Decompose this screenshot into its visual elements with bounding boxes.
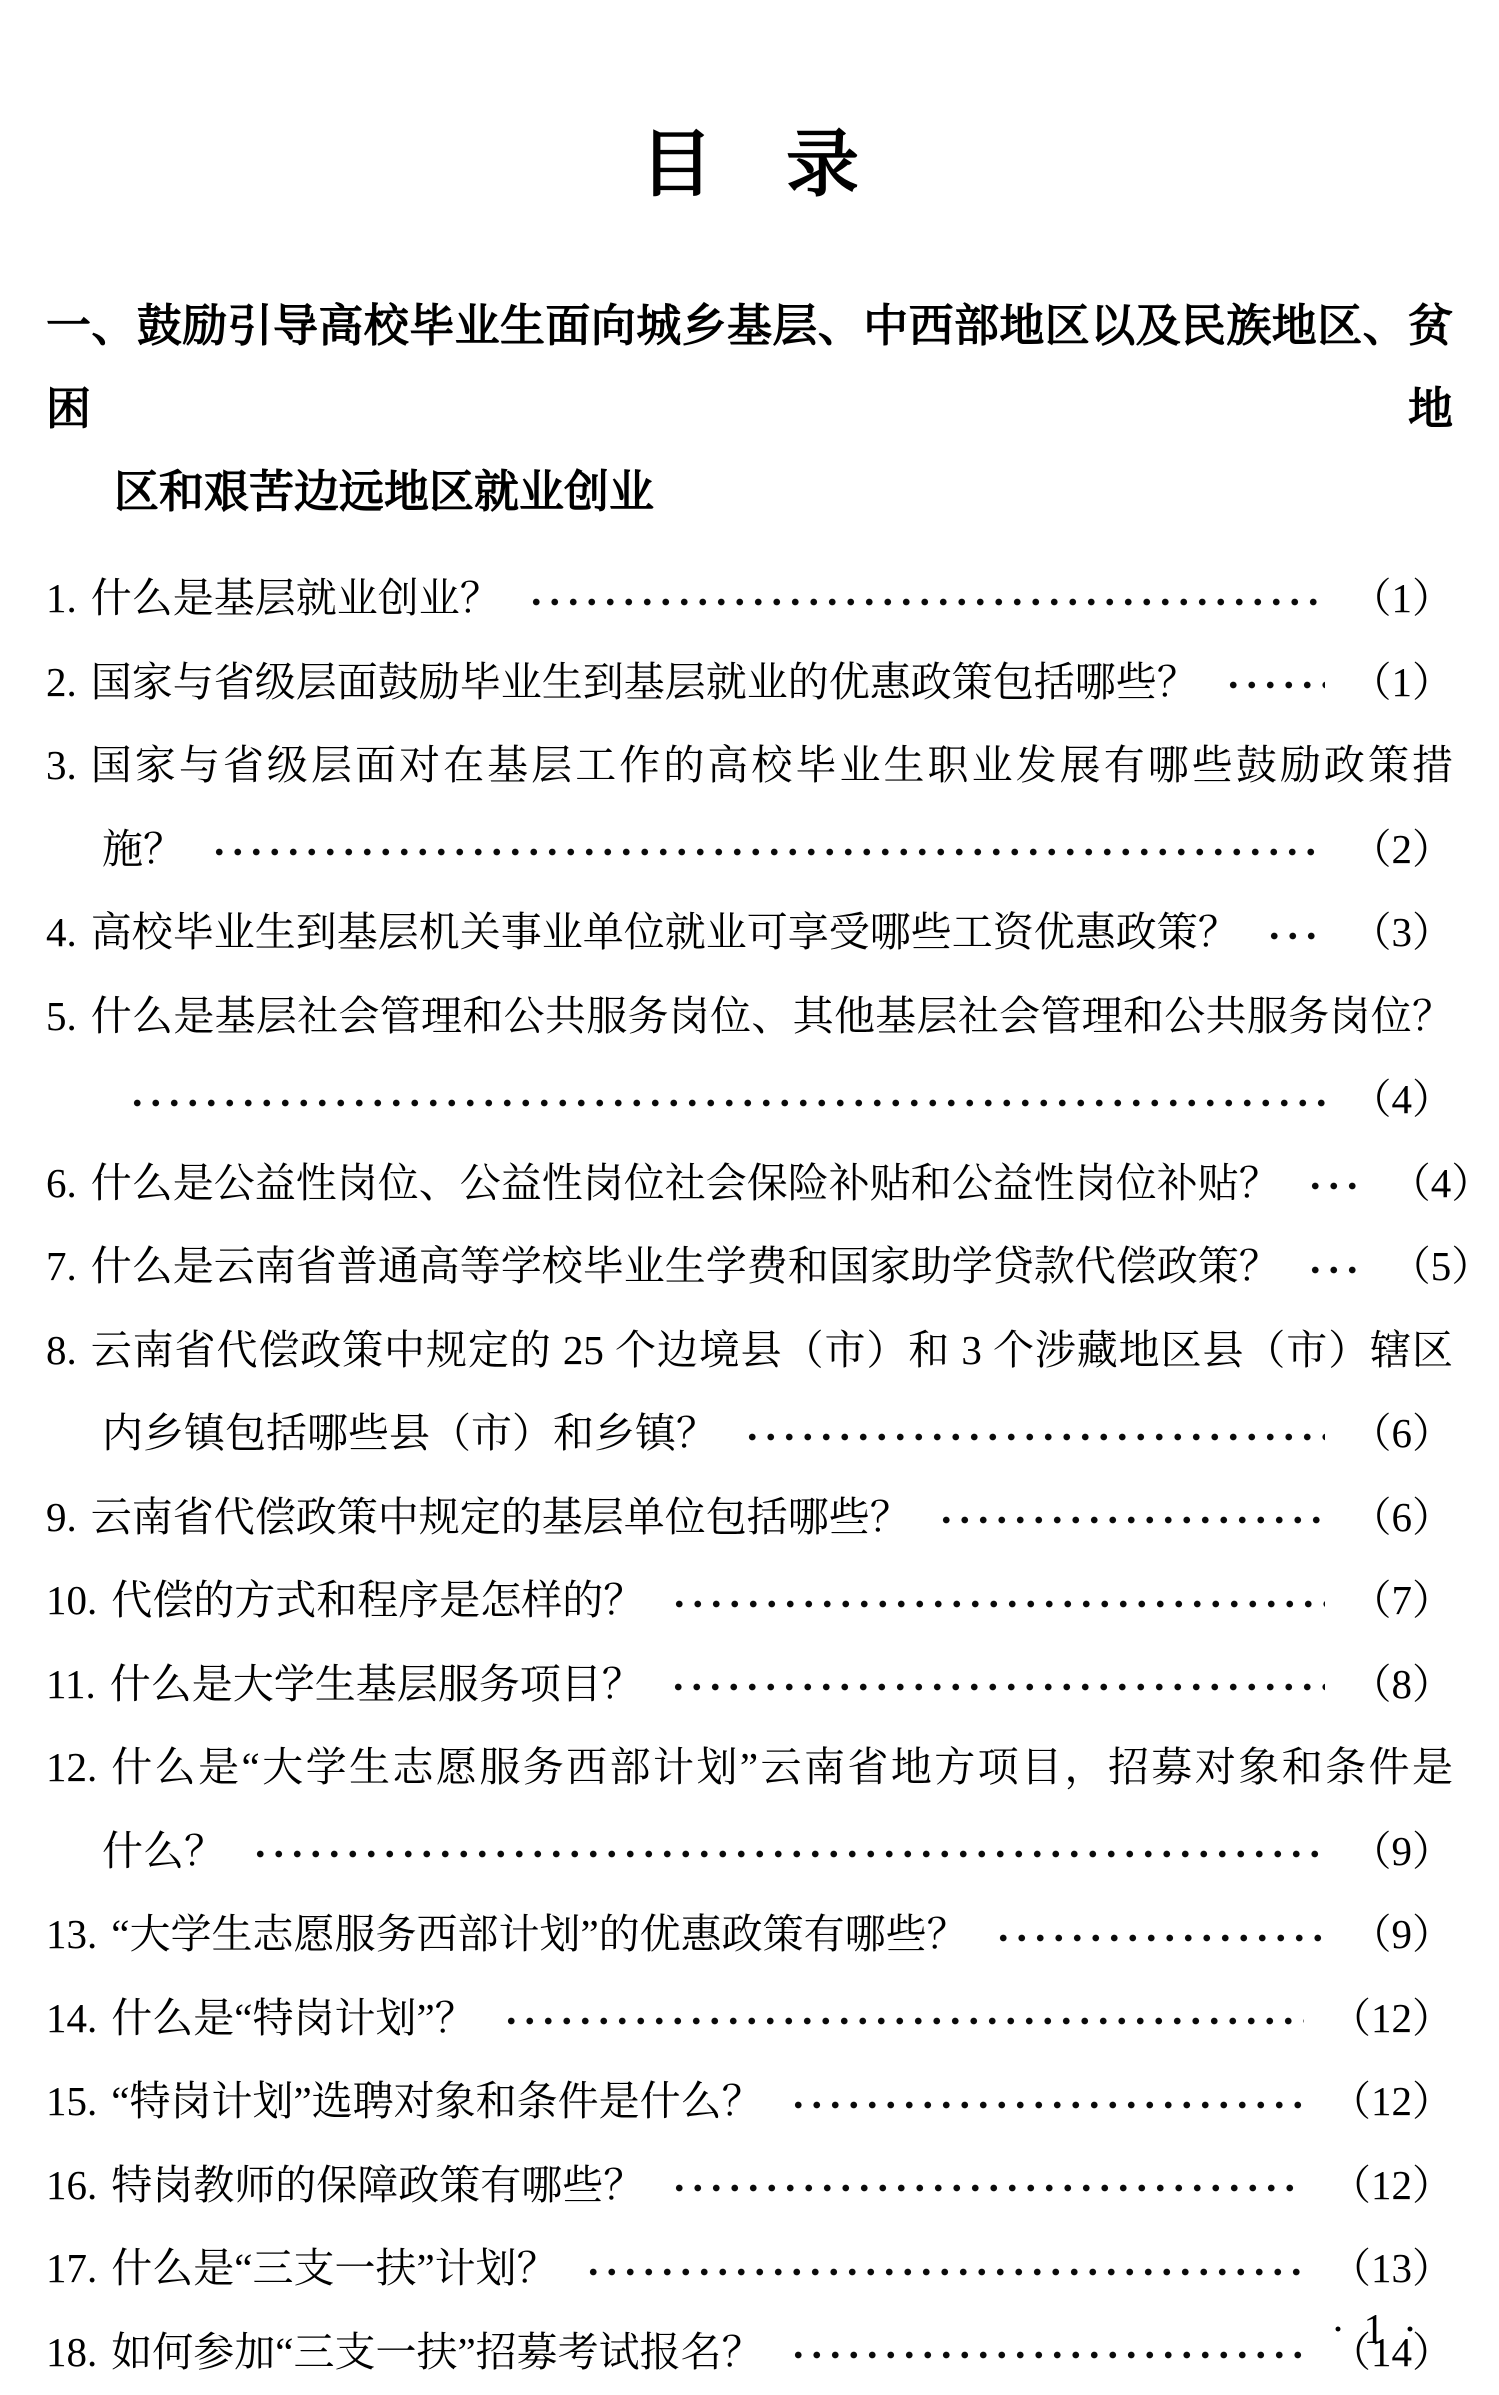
entry-number: 9. xyxy=(46,1497,77,1538)
toc-entry-line: 3.国家与省级层面对在基层工作的高校毕业生职业发展有哪些鼓励政策措 xyxy=(46,724,1453,808)
entry-text: 施？ xyxy=(102,829,184,870)
dot-leader xyxy=(670,1598,1324,1610)
section-heading: 一、鼓励引导高校毕业生面向城乡基层、中西部地区以及民族地区、贫困地 区和艰苦边远… xyxy=(46,285,1453,534)
dot-leader xyxy=(789,2099,1304,2111)
entry-page-number: （8） xyxy=(1351,1664,1454,1705)
entry-page-number: （13） xyxy=(1330,2248,1453,2289)
entry-page-number: （12） xyxy=(1330,2081,1453,2122)
entry-page-number: （5） xyxy=(1390,1246,1493,1287)
entry-text: 高校毕业生到基层机关事业单位就业可享受哪些工资优惠政策？ xyxy=(91,912,1239,953)
entry-number: 2. xyxy=(46,662,77,703)
dot-leader xyxy=(669,1681,1325,1693)
toc-entry-line: 16.特岗教师的保障政策有哪些？（12） xyxy=(46,2143,1453,2227)
dot-leader xyxy=(210,846,1325,858)
entry-text: 什么是“三支一扶”计划？ xyxy=(111,2248,557,2289)
section-heading-line-2: 区和艰苦边远地区就业创业 xyxy=(46,451,1453,534)
dot-leader xyxy=(789,2349,1304,2361)
dot-leader xyxy=(1224,679,1325,691)
dot-leader xyxy=(502,2015,1304,2027)
dot-leader xyxy=(128,1097,1325,1109)
toc-entry-line: 10.代偿的方式和程序是怎样的？（7） xyxy=(46,1559,1453,1643)
toc-entry-line: 14.什么是“特岗计划”？（12） xyxy=(46,1976,1453,2060)
entry-text: 什么是大学生基层服务项目？ xyxy=(110,1664,643,1705)
entry-number: 13. xyxy=(46,1914,97,1955)
dot-leader xyxy=(743,1431,1325,1443)
entry-number: 11. xyxy=(46,1664,96,1705)
toc-entry-line: 施？（2） xyxy=(46,807,1453,891)
entry-text: 代偿的方式和程序是怎样的？ xyxy=(111,1580,644,1621)
entry-text: 什么是公益性岗位、公益性岗位社会保险补贴和公益性岗位补贴？ xyxy=(91,1163,1280,1204)
entry-page-number: （1） xyxy=(1351,662,1454,703)
dot-leader xyxy=(670,2182,1304,2194)
toc-entry-line: （4） xyxy=(46,1058,1453,1142)
section-heading-line-1: 一、鼓励引导高校毕业生面向城乡基层、中西部地区以及民族地区、贫困地 xyxy=(46,285,1453,451)
toc-entry-line: 1.什么是基层就业创业？（1） xyxy=(46,557,1453,641)
toc-entry-line: 11.什么是大学生基层服务项目？（8） xyxy=(46,1642,1453,1726)
toc-entry-line: 17.什么是“三支一扶”计划？（13） xyxy=(46,2227,1453,2311)
toc-entry-line: 什么？（9） xyxy=(46,1809,1453,1893)
entry-number: 12. xyxy=(46,1747,97,1788)
entry-number: 6. xyxy=(46,1163,77,1204)
dot-leader xyxy=(1265,930,1325,942)
entry-text: 云南省代偿政策中规定的 25 个边境县（市）和 3 个涉藏地区县（市）辖区 xyxy=(91,1330,1453,1371)
page-number-footer: · 1 · xyxy=(1331,2306,1421,2354)
entry-text: 云南省代偿政策中规定的基层单位包括哪些？ xyxy=(91,1497,911,1538)
entry-number: 18. xyxy=(46,2332,97,2373)
dot-leader xyxy=(584,2266,1304,2278)
toc-entry-line: 12.什么是“大学生志愿服务西部计划”云南省地方项目，招募对象和条件是 xyxy=(46,1726,1453,1810)
entry-number: 14. xyxy=(46,1998,97,2039)
entry-page-number: （2） xyxy=(1351,829,1454,870)
entry-number: 17. xyxy=(46,2248,97,2289)
entry-page-number: （6） xyxy=(1351,1413,1454,1454)
entry-text: 什么是基层就业创业？ xyxy=(91,578,501,619)
page-title: 目 录 xyxy=(46,0,1453,213)
dot-leader xyxy=(1306,1264,1364,1276)
entry-number: 5. xyxy=(46,996,77,1037)
entry-page-number: （12） xyxy=(1330,1998,1453,2039)
entry-page-number: （1） xyxy=(1351,578,1454,619)
toc-entry-line: 2.国家与省级层面鼓励毕业生到基层就业的优惠政策包括哪些？（1） xyxy=(46,640,1453,724)
entry-text: 什么是基层社会管理和公共服务岗位、其他基层社会管理和公共服务岗位？ xyxy=(91,996,1453,1037)
entry-page-number: （12） xyxy=(1330,2165,1453,2206)
entry-page-number: （4） xyxy=(1390,1163,1493,1204)
entry-number: 3. xyxy=(46,745,77,786)
toc-entry-line: 13.“大学生志愿服务西部计划”的优惠政策有哪些？（9） xyxy=(46,1893,1453,1977)
entry-text: 什么是“大学生志愿服务西部计划”云南省地方项目，招募对象和条件是 xyxy=(111,1747,1453,1788)
entry-number: 10. xyxy=(46,1580,97,1621)
entry-number: 15. xyxy=(46,2081,97,2122)
toc-list: 1.什么是基层就业创业？（1）2.国家与省级层面鼓励毕业生到基层就业的优惠政策包… xyxy=(46,557,1453,2394)
dot-leader xyxy=(1306,1180,1364,1192)
entry-page-number: （9） xyxy=(1351,1831,1454,1872)
dot-leader xyxy=(251,1848,1325,1860)
entry-text: 如何参加“三支一扶”招募考试报名？ xyxy=(111,2332,762,2373)
entry-text: “大学生志愿服务西部计划”的优惠政策有哪些？ xyxy=(111,1914,967,1955)
dot-leader xyxy=(937,1514,1325,1526)
dot-leader xyxy=(527,596,1325,608)
entry-page-number: （3） xyxy=(1351,912,1454,953)
entry-text: 什么是“特岗计划”？ xyxy=(111,1998,475,2039)
entry-page-number: （9） xyxy=(1351,1914,1454,1955)
entry-text: 什么？ xyxy=(102,1831,225,1872)
entry-text: 国家与省级层面对在基层工作的高校毕业生职业发展有哪些鼓励政策措 xyxy=(91,745,1453,786)
entry-page-number: （7） xyxy=(1351,1580,1454,1621)
entry-page-number: （4） xyxy=(1351,1079,1454,1120)
entry-number: 16. xyxy=(46,2165,97,2206)
toc-page: 目 录 一、鼓励引导高校毕业生面向城乡基层、中西部地区以及民族地区、贫困地 区和… xyxy=(0,0,1499,2395)
toc-entry-line: 5.什么是基层社会管理和公共服务岗位、其他基层社会管理和公共服务岗位？ xyxy=(46,974,1453,1058)
toc-entry-line: 18.如何参加“三支一扶”招募考试报名？（14） xyxy=(46,2310,1453,2394)
entry-text: “特岗计划”选聘对象和条件是什么？ xyxy=(111,2081,762,2122)
toc-entry-line: 8.云南省代偿政策中规定的 25 个边境县（市）和 3 个涉藏地区县（市）辖区 xyxy=(46,1308,1453,1392)
entry-text: 什么是云南省普通高等学校毕业生学费和国家助学贷款代偿政策？ xyxy=(91,1246,1280,1287)
entry-text: 特岗教师的保障政策有哪些？ xyxy=(111,2165,644,2206)
toc-entry-line: 内乡镇包括哪些县（市）和乡镇？（6） xyxy=(46,1392,1453,1476)
entry-page-number: （6） xyxy=(1351,1497,1454,1538)
entry-number: 8. xyxy=(46,1330,77,1371)
entry-number: 1. xyxy=(46,578,77,619)
toc-entry-line: 9.云南省代偿政策中规定的基层单位包括哪些？（6） xyxy=(46,1475,1453,1559)
entry-number: 7. xyxy=(46,1246,77,1287)
entry-text: 内乡镇包括哪些县（市）和乡镇？ xyxy=(102,1413,717,1454)
dot-leader xyxy=(994,1932,1325,1944)
toc-entry-line: 6.什么是公益性岗位、公益性岗位社会保险补贴和公益性岗位补贴？（4） xyxy=(46,1141,1453,1225)
entry-number: 4. xyxy=(46,912,77,953)
entry-text: 国家与省级层面鼓励毕业生到基层就业的优惠政策包括哪些？ xyxy=(91,662,1198,703)
toc-entry-line: 4.高校毕业生到基层机关事业单位就业可享受哪些工资优惠政策？（3） xyxy=(46,891,1453,975)
toc-entry-line: 7.什么是云南省普通高等学校毕业生学费和国家助学贷款代偿政策？（5） xyxy=(46,1225,1453,1309)
toc-entry-line: 15.“特岗计划”选聘对象和条件是什么？（12） xyxy=(46,2060,1453,2144)
